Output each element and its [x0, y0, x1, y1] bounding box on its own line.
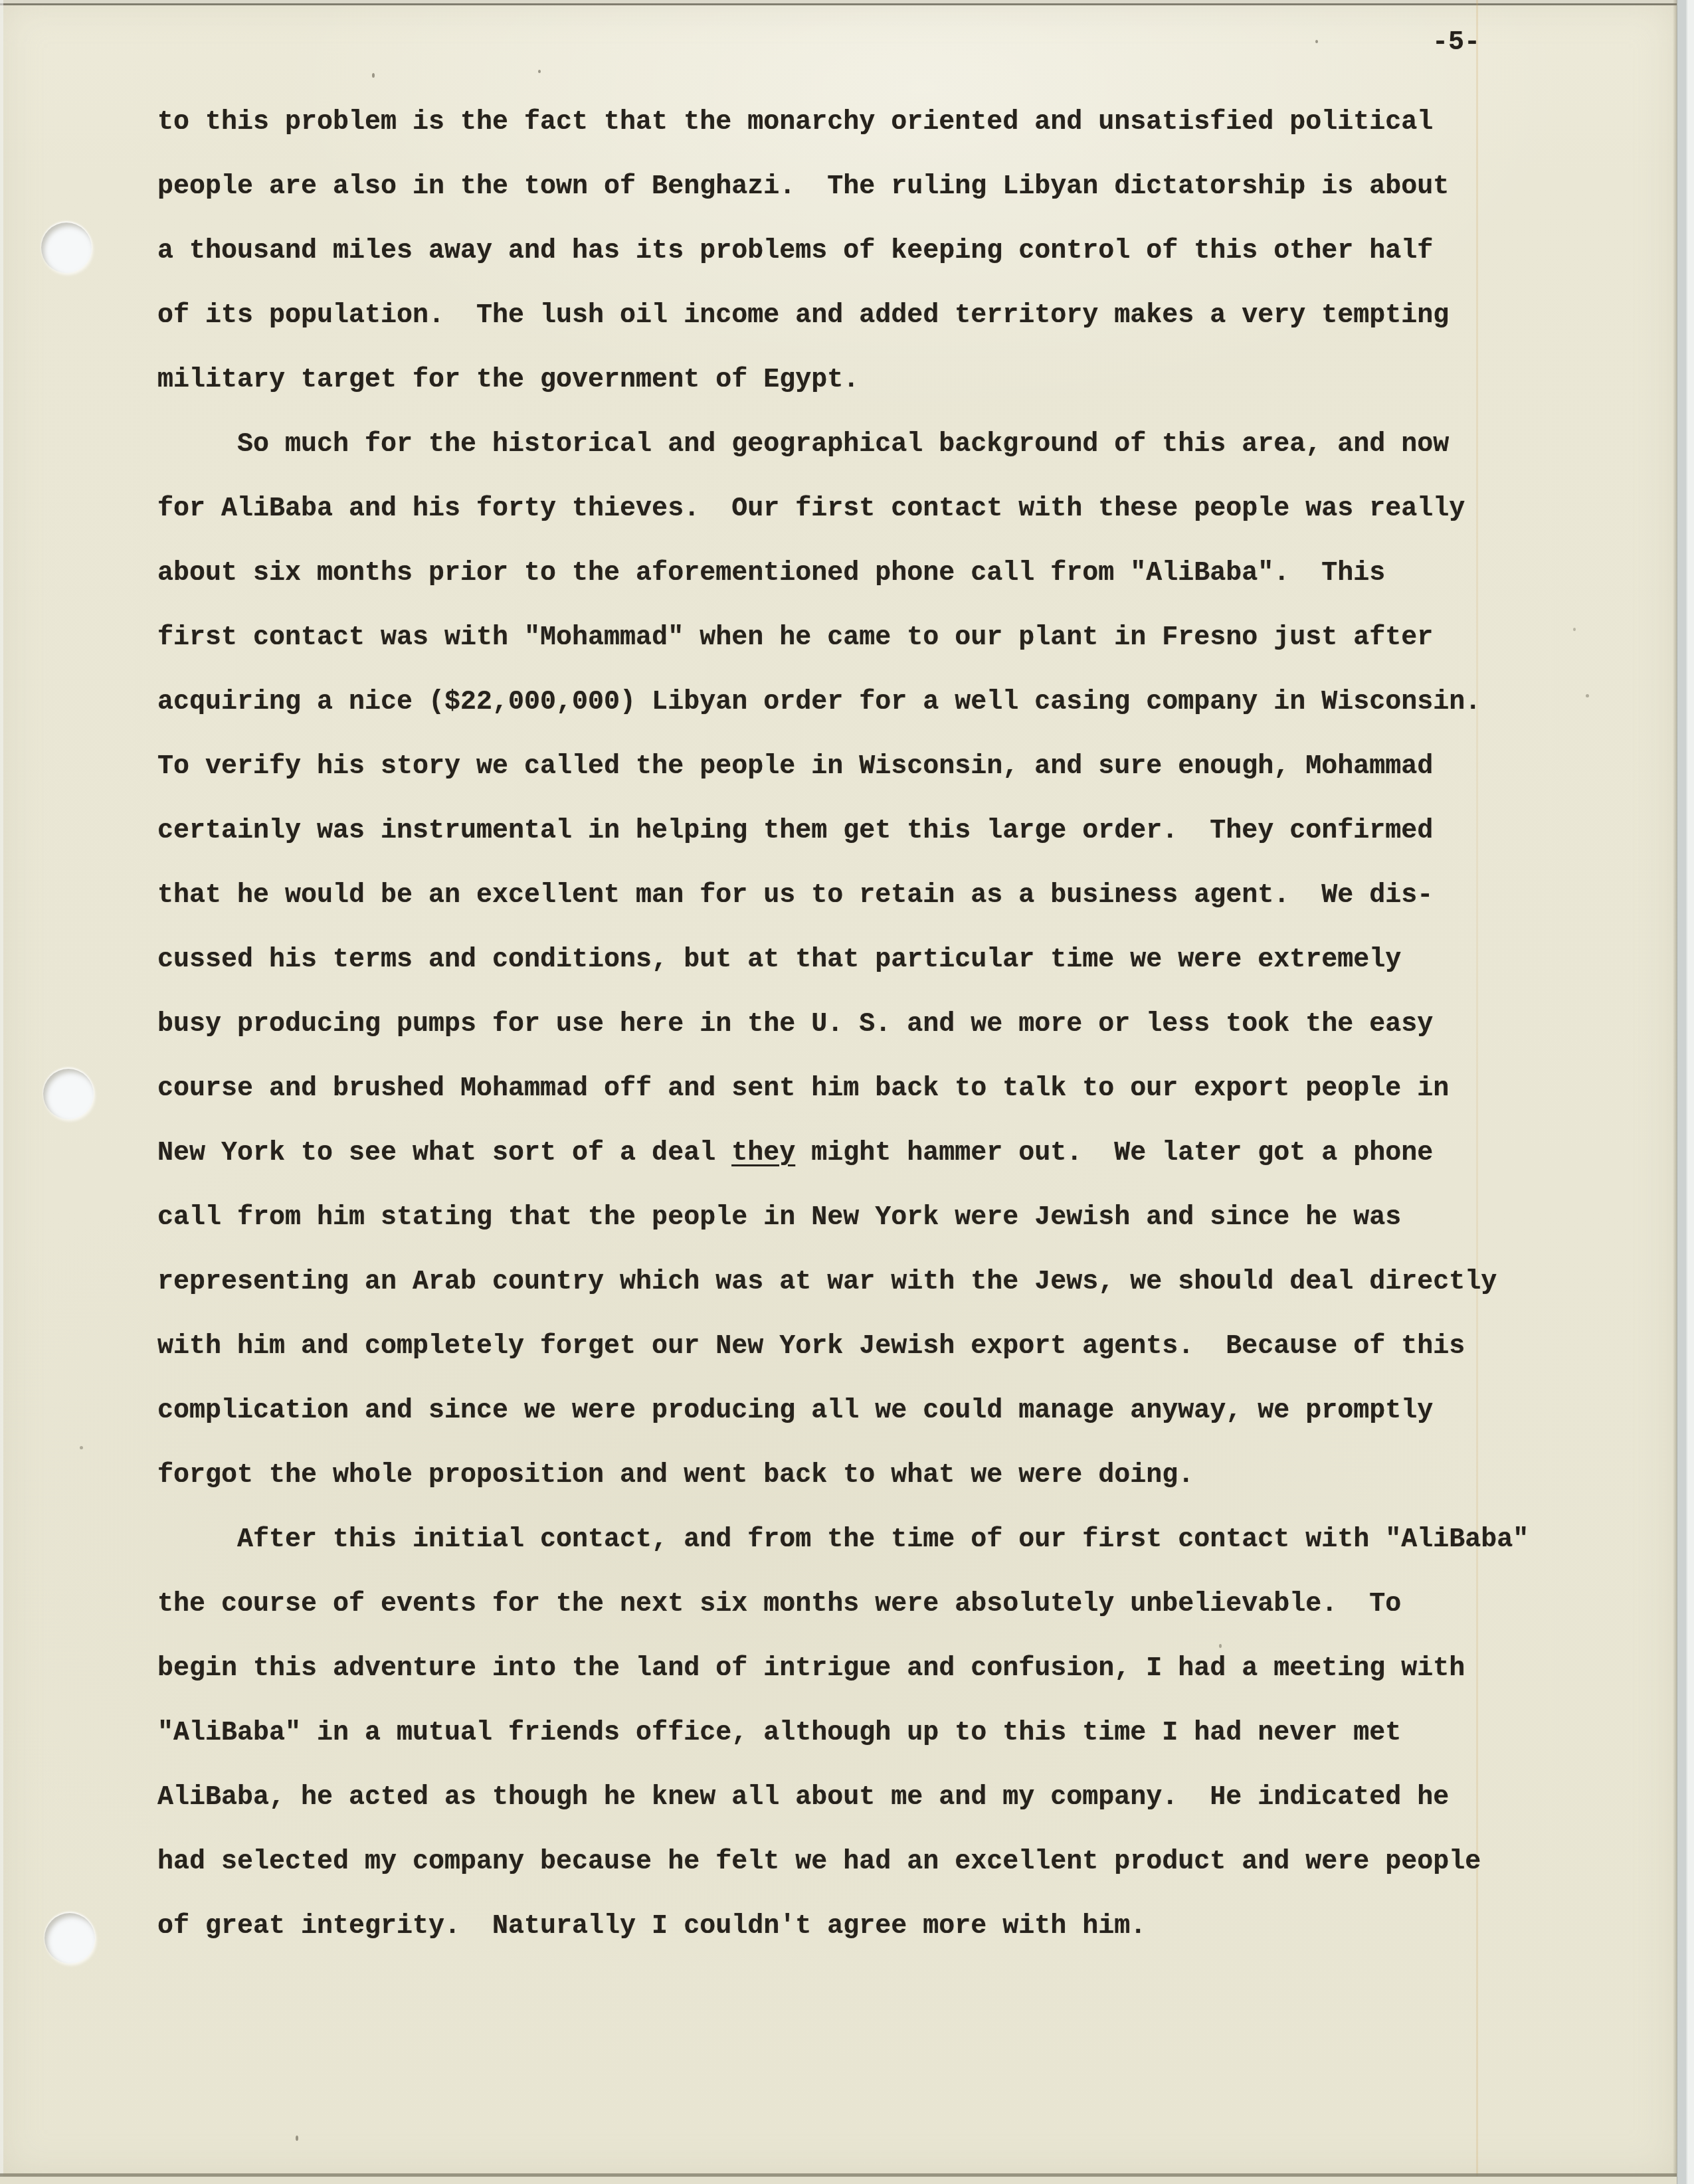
typed-line: After this initial contact, and from the… — [157, 1508, 1592, 1572]
paper-speck — [296, 2136, 298, 2141]
typed-line: with him and completely forget our New Y… — [157, 1315, 1592, 1379]
typed-line: about six months prior to the aforementi… — [157, 541, 1592, 606]
typed-line: busy producing pumps for use here in the… — [157, 992, 1592, 1057]
typed-line: first contact was with "Mohammad" when h… — [157, 606, 1592, 670]
page-number: -5- — [1432, 11, 1480, 75]
paper-speck — [1219, 1644, 1222, 1648]
typed-line: people are also in the town of Benghazi.… — [157, 155, 1592, 219]
typed-line: complication and since we were producing… — [157, 1379, 1592, 1443]
paper-speck — [372, 73, 375, 78]
typed-line: certainly was instrumental in helping th… — [157, 799, 1592, 864]
paper-speck — [1573, 628, 1576, 631]
punch-hole-bottom — [45, 1913, 95, 1963]
typed-line: To verify his story we called the people… — [157, 735, 1592, 799]
paper-speck — [80, 1446, 83, 1449]
punch-hole-top — [41, 223, 92, 273]
typed-line: that he would be an excellent man for us… — [157, 864, 1592, 928]
typed-line: of its population. The lush oil income a… — [157, 284, 1592, 348]
typed-line: had selected my company because he felt … — [157, 1830, 1592, 1894]
typed-line: representing an Arab country which was a… — [157, 1250, 1592, 1315]
scanned-document-page: -5- to this problem is the fact that the… — [0, 0, 1694, 2184]
typed-line: "AliBaba" in a mutual friends office, al… — [157, 1701, 1592, 1766]
typed-line: AliBaba, he acted as though he knew all … — [157, 1766, 1592, 1830]
page-right-edge-shadow — [1673, 0, 1677, 2184]
page-left-edge — [0, 0, 3, 2184]
typed-text: to this problem is the fact that the mon… — [157, 90, 1592, 1959]
typed-line: begin this adventure into the land of in… — [157, 1637, 1592, 1701]
next-sheet-sliver — [0, 2177, 1677, 2184]
scanner-backing-strip — [1677, 0, 1686, 2184]
typed-line: of great integrity. Naturally I couldn't… — [157, 1894, 1592, 1959]
typed-line: New York to see what sort of a deal they… — [157, 1121, 1592, 1186]
paper-speck — [1315, 40, 1318, 43]
typed-line: call from him stating that the people in… — [157, 1186, 1592, 1250]
page-top-edge — [0, 0, 1677, 5]
typed-line: forgot the whole proposition and went ba… — [157, 1443, 1592, 1508]
typed-line: So much for the historical and geographi… — [157, 412, 1592, 477]
typed-line: military target for the government of Eg… — [157, 348, 1592, 412]
underlying-sheet-edge — [1686, 0, 1694, 2184]
paper-speck — [1586, 694, 1589, 697]
typed-line: for AliBaba and his forty thieves. Our f… — [157, 477, 1592, 541]
typed-line: cussed his terms and conditions, but at … — [157, 928, 1592, 992]
paper-speck — [538, 70, 541, 73]
typed-line: to this problem is the fact that the mon… — [157, 90, 1592, 155]
typed-line: the course of events for the next six mo… — [157, 1572, 1592, 1637]
typed-line: acquiring a nice ($22,000,000) Libyan or… — [157, 670, 1592, 735]
punch-hole-middle — [43, 1069, 94, 1119]
typed-line: course and brushed Mohammad off and sent… — [157, 1057, 1592, 1121]
typed-line: a thousand miles away and has its proble… — [157, 219, 1592, 284]
